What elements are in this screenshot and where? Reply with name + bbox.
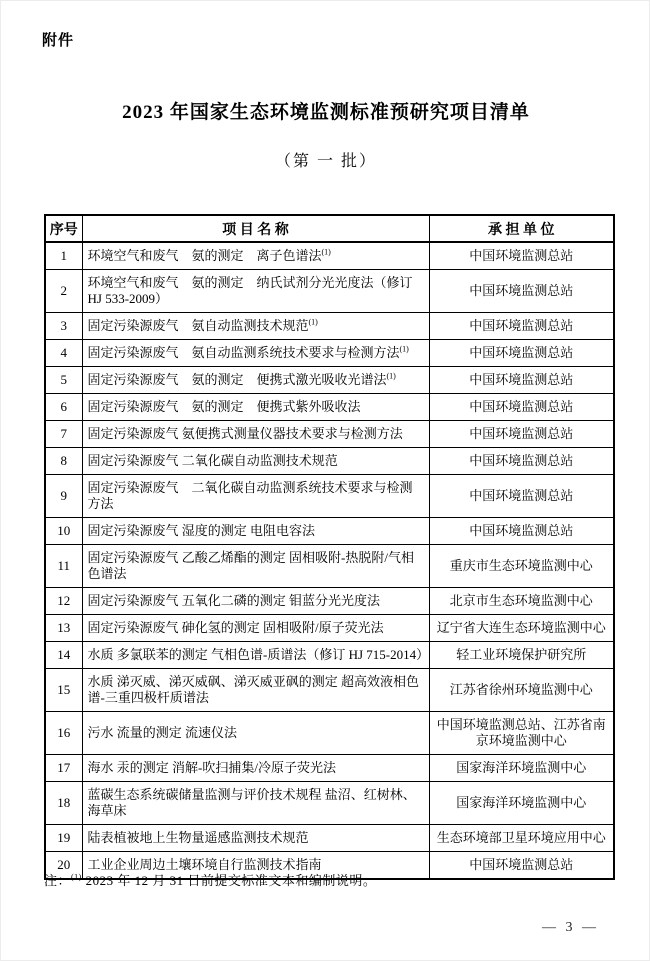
row-index-cell: 14 (45, 642, 82, 669)
undertaking-unit-cell: 中国环境监测总站 (429, 394, 614, 421)
undertaking-unit-cell: 中国环境监测总站 (429, 421, 614, 448)
undertaking-unit-cell: 重庆市生态环境监测中心 (429, 545, 614, 588)
projects-table: 序号 项 目 名 称 承 担 单 位 1环境空气和废气 氨的测定 离子色谱法(1… (44, 214, 615, 880)
project-name-cell: 固定污染源废气 砷化氢的测定 固相吸附/原子荧光法 (82, 615, 429, 642)
undertaking-unit-cell: 辽宁省大连生态环境监测中心 (429, 615, 614, 642)
attachment-label: 附件 (42, 29, 74, 50)
undertaking-unit-cell: 中国环境监测总站、江苏省南京环境监测中心 (429, 712, 614, 755)
project-name-cell: 环境空气和废气 氨的测定 纳氏试剂分光光度法（修订 HJ 533-2009） (82, 270, 429, 313)
undertaking-unit-cell: 中国环境监测总站 (429, 313, 614, 340)
footnote-marker: (1) (400, 345, 409, 354)
table-row: 7固定污染源废气 氨便携式测量仪器技术要求与检测方法中国环境监测总站 (45, 421, 614, 448)
undertaking-unit-cell: 中国环境监测总站 (429, 852, 614, 880)
row-index-cell: 17 (45, 755, 82, 782)
table-row: 18蓝碳生态系统碳储量监测与评价技术规程 盐沼、红树林、海草床国家海洋环境监测中… (45, 782, 614, 825)
table-row: 4固定污染源废气 氨自动监测系统技术要求与检测方法(1)中国环境监测总站 (45, 340, 614, 367)
table-row: 13固定污染源废气 砷化氢的测定 固相吸附/原子荧光法辽宁省大连生态环境监测中心 (45, 615, 614, 642)
table-row: 10固定污染源废气 湿度的测定 电阻电容法中国环境监测总站 (45, 518, 614, 545)
table-row: 12固定污染源废气 五氧化二磷的测定 钼蓝分光光度法北京市生态环境监测中心 (45, 588, 614, 615)
table-row: 9固定污染源废气 二氧化碳自动监测系统技术要求与检测方法中国环境监测总站 (45, 475, 614, 518)
table-body: 1环境空气和废气 氨的测定 离子色谱法(1)中国环境监测总站2环境空气和废气 氨… (45, 242, 614, 879)
row-index-cell: 6 (45, 394, 82, 421)
row-index-cell: 3 (45, 313, 82, 340)
undertaking-unit-cell: 中国环境监测总站 (429, 518, 614, 545)
undertaking-unit-cell: 江苏省徐州环境监测中心 (429, 669, 614, 712)
footnote-prefix: 注： (44, 873, 71, 888)
undertaking-unit-cell: 中国环境监测总站 (429, 475, 614, 518)
table-row: 11固定污染源废气 乙酸乙烯酯的测定 固相吸附-热脱附/气相色谱法重庆市生态环境… (45, 545, 614, 588)
project-name-cell: 水质 多氯联苯的测定 气相色谱-质谱法（修订 HJ 715-2014） (82, 642, 429, 669)
row-index-cell: 12 (45, 588, 82, 615)
undertaking-unit-cell: 国家海洋环境监测中心 (429, 782, 614, 825)
row-index-cell: 16 (45, 712, 82, 755)
project-name-cell: 水质 涕灭威、涕灭威砜、涕灭威亚砜的测定 超高效液相色谱-三重四极杆质谱法 (82, 669, 429, 712)
row-index-cell: 18 (45, 782, 82, 825)
undertaking-unit-cell: 北京市生态环境监测中心 (429, 588, 614, 615)
row-index-cell: 19 (45, 825, 82, 852)
row-index-cell: 15 (45, 669, 82, 712)
row-index-cell: 4 (45, 340, 82, 367)
header-project-name: 项 目 名 称 (82, 215, 429, 242)
undertaking-unit-cell: 中国环境监测总站 (429, 270, 614, 313)
footnote-marker: (1) (309, 318, 318, 327)
row-index-cell: 13 (45, 615, 82, 642)
project-name-cell: 固定污染源废气 氨便携式测量仪器技术要求与检测方法 (82, 421, 429, 448)
document-subtitle: （第 一 批） (1, 148, 650, 171)
row-index-cell: 10 (45, 518, 82, 545)
document-title: 2023 年国家生态环境监测标准预研究项目清单 (1, 97, 650, 124)
row-index-cell: 9 (45, 475, 82, 518)
undertaking-unit-cell: 国家海洋环境监测中心 (429, 755, 614, 782)
project-name-cell: 固定污染源废气 氨自动监测系统技术要求与检测方法(1) (82, 340, 429, 367)
table-row: 14水质 多氯联苯的测定 气相色谱-质谱法（修订 HJ 715-2014）轻工业… (45, 642, 614, 669)
project-name-cell: 陆表植被地上生物量遥感监测技术规范 (82, 825, 429, 852)
project-name-cell: 固定污染源废气 湿度的测定 电阻电容法 (82, 518, 429, 545)
footnote-marker: (1) (387, 372, 396, 381)
project-name-cell: 环境空气和废气 氨的测定 离子色谱法(1) (82, 242, 429, 270)
table-row: 8固定污染源废气 二氧化碳自动监测技术规范中国环境监测总站 (45, 448, 614, 475)
table-row: 16污水 流量的测定 流速仪法中国环境监测总站、江苏省南京环境监测中心 (45, 712, 614, 755)
undertaking-unit-cell: 中国环境监测总站 (429, 367, 614, 394)
table-row: 17海水 汞的测定 消解-吹扫捕集/冷原子荧光法国家海洋环境监测中心 (45, 755, 614, 782)
project-name-cell: 固定污染源废气 乙酸乙烯酯的测定 固相吸附-热脱附/气相色谱法 (82, 545, 429, 588)
undertaking-unit-cell: 中国环境监测总站 (429, 340, 614, 367)
project-name-cell: 固定污染源废气 五氧化二磷的测定 钼蓝分光光度法 (82, 588, 429, 615)
row-index-cell: 7 (45, 421, 82, 448)
project-name-cell: 固定污染源废气 二氧化碳自动监测系统技术要求与检测方法 (82, 475, 429, 518)
table-row: 5固定污染源废气 氨的测定 便携式激光吸收光谱法(1)中国环境监测总站 (45, 367, 614, 394)
footnote-text: 2023 年 12 月 31 日前提交标准文本和编制说明。 (82, 873, 377, 888)
row-index-cell: 8 (45, 448, 82, 475)
header-undertaking-unit: 承 担 单 位 (429, 215, 614, 242)
table-row: 15水质 涕灭威、涕灭威砜、涕灭威亚砜的测定 超高效液相色谱-三重四极杆质谱法江… (45, 669, 614, 712)
footnote-marker: (1) (322, 248, 331, 257)
undertaking-unit-cell: 中国环境监测总站 (429, 448, 614, 475)
project-name-cell: 固定污染源废气 氨自动监测技术规范(1) (82, 313, 429, 340)
table-row: 6固定污染源废气 氨的测定 便携式紫外吸收法中国环境监测总站 (45, 394, 614, 421)
table-header-row: 序号 项 目 名 称 承 担 单 位 (45, 215, 614, 242)
project-name-cell: 海水 汞的测定 消解-吹扫捕集/冷原子荧光法 (82, 755, 429, 782)
header-index: 序号 (45, 215, 82, 242)
footnote: 注：(1) 2023 年 12 月 31 日前提交标准文本和编制说明。 (44, 870, 376, 889)
project-name-cell: 固定污染源废气 氨的测定 便携式激光吸收光谱法(1) (82, 367, 429, 394)
table-row: 2环境空气和废气 氨的测定 纳氏试剂分光光度法（修订 HJ 533-2009）中… (45, 270, 614, 313)
row-index-cell: 5 (45, 367, 82, 394)
table-row: 1环境空气和废气 氨的测定 离子色谱法(1)中国环境监测总站 (45, 242, 614, 270)
table-row: 3固定污染源废气 氨自动监测技术规范(1)中国环境监测总站 (45, 313, 614, 340)
project-name-cell: 固定污染源废气 二氧化碳自动监测技术规范 (82, 448, 429, 475)
document-page: 附件 2023 年国家生态环境监测标准预研究项目清单 （第 一 批） 序号 项 … (0, 0, 650, 961)
row-index-cell: 11 (45, 545, 82, 588)
project-name-cell: 蓝碳生态系统碳储量监测与评价技术规程 盐沼、红树林、海草床 (82, 782, 429, 825)
project-name-cell: 污水 流量的测定 流速仪法 (82, 712, 429, 755)
table-row: 19陆表植被地上生物量遥感监测技术规范生态环境部卫星环境应用中心 (45, 825, 614, 852)
row-index-cell: 2 (45, 270, 82, 313)
undertaking-unit-cell: 中国环境监测总站 (429, 242, 614, 270)
footnote-superscript: (1) (71, 873, 82, 882)
row-index-cell: 1 (45, 242, 82, 270)
undertaking-unit-cell: 轻工业环境保护研究所 (429, 642, 614, 669)
project-name-cell: 固定污染源废气 氨的测定 便携式紫外吸收法 (82, 394, 429, 421)
undertaking-unit-cell: 生态环境部卫星环境应用中心 (429, 825, 614, 852)
page-number: — 3 — (542, 920, 599, 936)
